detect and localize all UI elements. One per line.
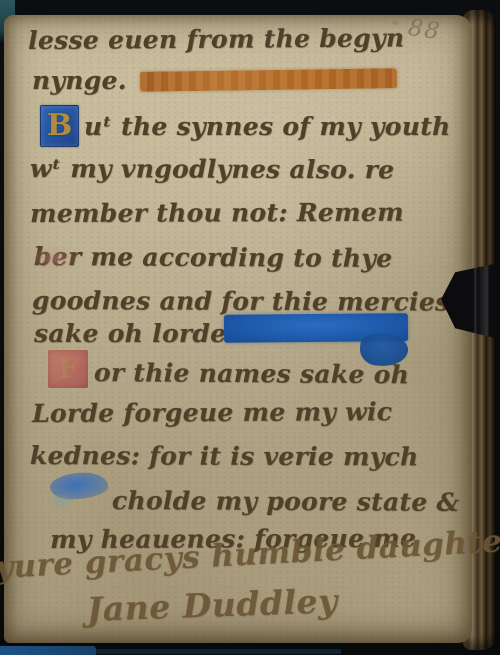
line-filler-orange [140,68,397,92]
folio-number: 88 [406,15,443,45]
lower-book-edge [0,646,96,655]
text-line: uᵗ the synnes of my youth [84,112,451,141]
text-line: Lorde forgeue me my wic [32,397,392,428]
ink-smudge-pink [30,246,78,270]
text-line: goodnes and for thie mercies [32,286,450,316]
text-line: kednes: for it is verie mych [30,441,419,471]
manuscript-photo: * 88 lesse euen from the begyn nynge. B … [0,0,500,655]
text-line: lesse euen from the begyn [28,23,404,55]
text-line: sake oh lorde. [34,319,235,348]
rubricated-initial-f: F [48,350,88,388]
lower-book-edge-shadow [96,649,341,654]
text-line: wᵗ my vngodlynes also. re [30,154,394,184]
text-line: or thie names sake oh [94,358,409,389]
illuminated-initial-b: B [40,105,79,147]
text-line: member thou not: Remem [30,198,404,228]
text-line: nynge. [32,66,127,95]
ink-smudge-teal [46,494,76,510]
text-line: cholde my poore state & [112,486,460,517]
text-line: ber me according to thye [34,242,393,273]
